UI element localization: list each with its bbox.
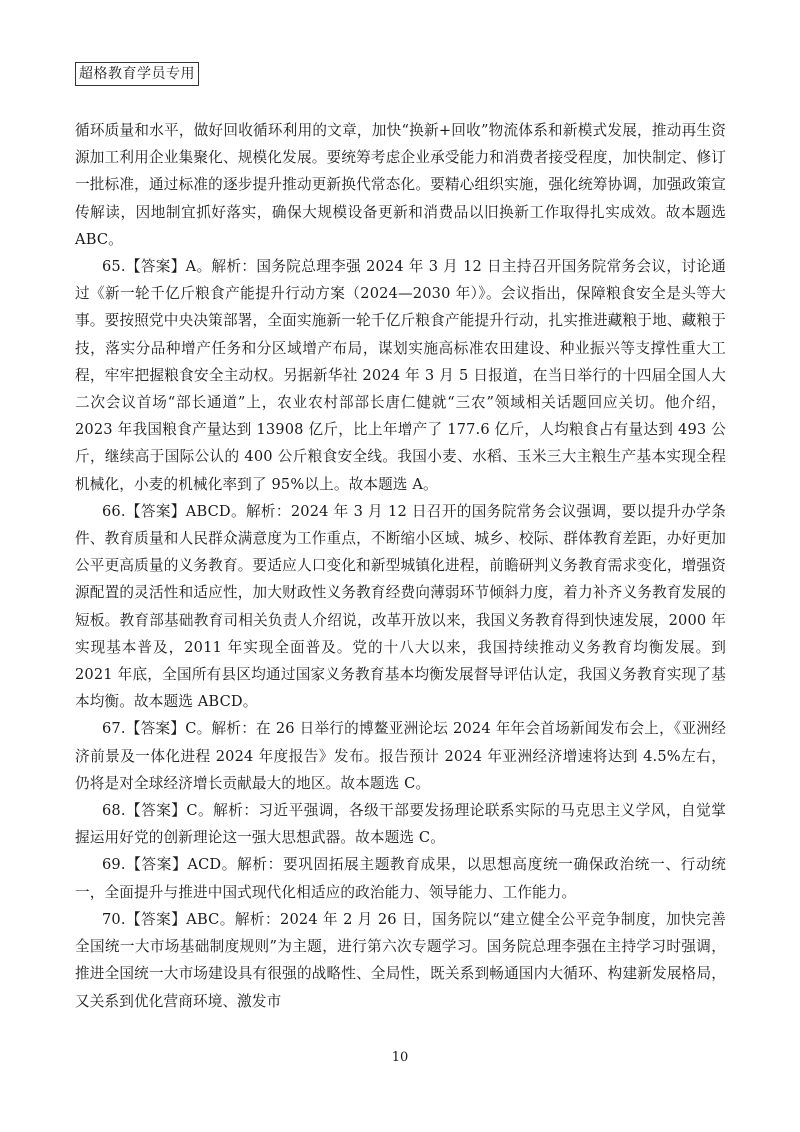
document-body: 循环质量和水平，做好回收循环利用的文章，加快“换新+回收”物流体系和新模式发展，… <box>75 117 726 1015</box>
answer-67: 67.【答案】C。解析：在 26 日举行的博鳌亚洲论坛 2024 年年会首场新闻… <box>75 715 726 797</box>
answer-69: 69.【答案】ACD。解析：要巩固拓展主题教育成果，以思想高度统一确保政治统一、… <box>75 851 726 905</box>
answer-68: 68.【答案】C。解析：习近平强调，各级干部要发扬理论联系实际的马克思主义学风，… <box>75 797 726 851</box>
page-number: 10 <box>0 1050 800 1065</box>
answer-70: 70.【答案】ABC。解析：2024 年 2 月 26 日，国务院以“建立健全公… <box>75 906 726 1015</box>
header-tag: 超格教育学员专用 <box>75 62 199 86</box>
answer-66: 66.【答案】ABCD。解析：2024 年 3 月 12 日召开的国务院常务会议… <box>75 498 726 716</box>
paragraph-continued: 循环质量和水平，做好回收循环利用的文章，加快“换新+回收”物流体系和新模式发展，… <box>75 117 726 253</box>
answer-65: 65.【答案】A。解析：国务院总理李强 2024 年 3 月 12 日主持召开国… <box>75 253 726 498</box>
